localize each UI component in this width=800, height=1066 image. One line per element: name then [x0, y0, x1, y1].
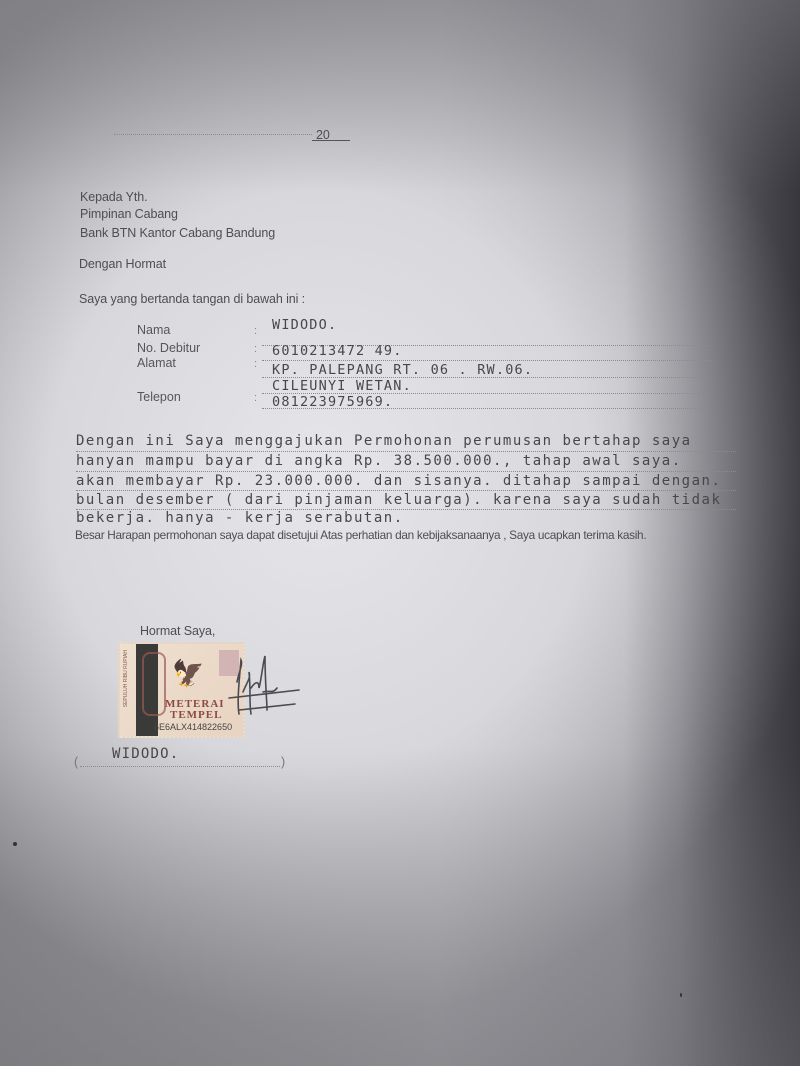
colon: :	[254, 392, 257, 404]
recipient-line-1: Kepada Yth.	[80, 190, 147, 204]
dotted-line	[262, 408, 714, 409]
paper-speck	[680, 993, 682, 997]
date-dotted-line	[114, 134, 312, 135]
body-line-1: Dengan ini Saya menggajukan Permohonan p…	[76, 433, 692, 449]
stamp-side-text: SEPULUH RIBU RUPIAH	[123, 650, 129, 707]
field-value-address-1: KP. PALEPANG RT. 06 . RW.06.	[272, 362, 533, 378]
field-value-name: WIDODO.	[272, 317, 337, 333]
field-label-address: Alamat	[137, 356, 176, 370]
intro-text: Saya yang bertanda tangan di bawah ini :	[79, 292, 305, 306]
dotted-line	[76, 490, 736, 491]
colon: :	[254, 325, 257, 337]
body-line-4: bulan desember ( dari pinjaman keluarga)…	[76, 492, 721, 508]
field-value-debtor-no: 6010213472 49.	[272, 343, 403, 359]
salutation: Dengan Hormat	[79, 257, 166, 271]
paper-speck	[13, 842, 17, 846]
field-label-debtor-no: No. Debitur	[137, 341, 200, 355]
field-label-name: Nama	[137, 323, 170, 337]
sign-off: Hormat Saya,	[140, 624, 215, 638]
recipient-line-2: Pimpinan Cabang	[80, 207, 178, 221]
signer-name: WIDODO.	[112, 746, 179, 762]
recipient-line-3: Bank BTN Kantor Cabang Bandung	[80, 226, 275, 240]
body-line-2: hanyan mampu bayar di angka Rp. 38.500.0…	[76, 453, 682, 469]
stamp-title-line-2: TEMPEL	[170, 709, 222, 721]
dotted-line	[76, 451, 736, 452]
closing-text: Besar Harapan permohonan saya dapat dise…	[75, 528, 646, 542]
name-bracket-open: (	[74, 755, 78, 769]
date-underline	[312, 140, 350, 141]
garuda-emblem-icon: 🦅	[172, 658, 204, 689]
field-label-phone: Telepon	[137, 390, 181, 404]
dotted-line	[76, 471, 736, 472]
stamp-denomination-mark	[142, 652, 166, 716]
dotted-line	[80, 766, 280, 767]
dotted-line	[262, 360, 714, 361]
colon: :	[254, 343, 257, 355]
body-line-3: akan membayar Rp. 23.000.000. dan sisany…	[76, 473, 721, 489]
stamp-serial: 6E6ALX414822650	[154, 722, 232, 732]
name-bracket-close: )	[281, 755, 285, 769]
field-value-address-2: CILEUNYI WETAN.	[272, 378, 412, 394]
body-line-5: bekerja. hanya - kerja serabutan.	[76, 510, 404, 526]
colon: :	[254, 358, 257, 370]
signature-icon	[225, 652, 305, 722]
